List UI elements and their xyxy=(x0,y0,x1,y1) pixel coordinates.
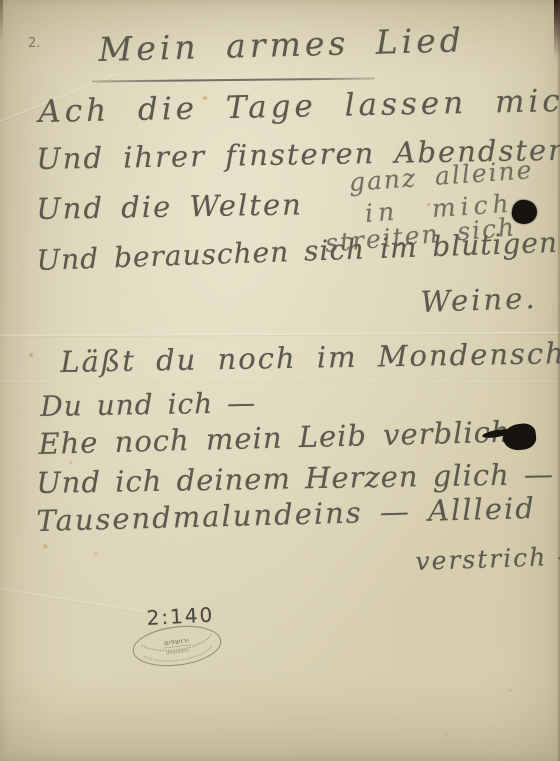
stamp-city-latin: Jerusalem xyxy=(165,648,190,657)
corner-page-mark: 2. xyxy=(28,36,40,51)
title-underline xyxy=(92,78,375,83)
poem-title: Mein armes Lied xyxy=(98,20,465,69)
foxing-spot xyxy=(93,551,98,556)
poem-line: Und berauschen sich im blutigen xyxy=(36,226,558,277)
page-edge-shadow xyxy=(0,0,3,42)
foxing-spot xyxy=(444,733,448,737)
stamp-city-hebrew: ירושלים xyxy=(164,637,190,648)
poem-line: Läßt du noch im Mondenscheine xyxy=(60,335,560,379)
poem-line: verstrich — xyxy=(415,541,560,576)
foxing-spot xyxy=(42,543,49,550)
poem-line: Du und ich — xyxy=(40,386,256,423)
poem-line: Weine. xyxy=(420,281,538,319)
foxing-spot xyxy=(68,460,73,465)
paper-crease xyxy=(0,381,560,382)
stamp-arc-text-bottom xyxy=(144,646,214,665)
foxing-spot xyxy=(28,352,34,358)
paper-crease xyxy=(0,332,560,337)
foxing-spot xyxy=(508,688,513,693)
paper-crease xyxy=(0,585,149,614)
poem-line: Und die Welten xyxy=(36,187,303,226)
library-stamp: ירושלים Jerusalem xyxy=(128,618,227,673)
manuscript-page: 2. Mein armes Lied Ach die Tage lassen m… xyxy=(0,0,560,761)
poem-line: Ach die Tage lassen mich xyxy=(38,82,560,129)
